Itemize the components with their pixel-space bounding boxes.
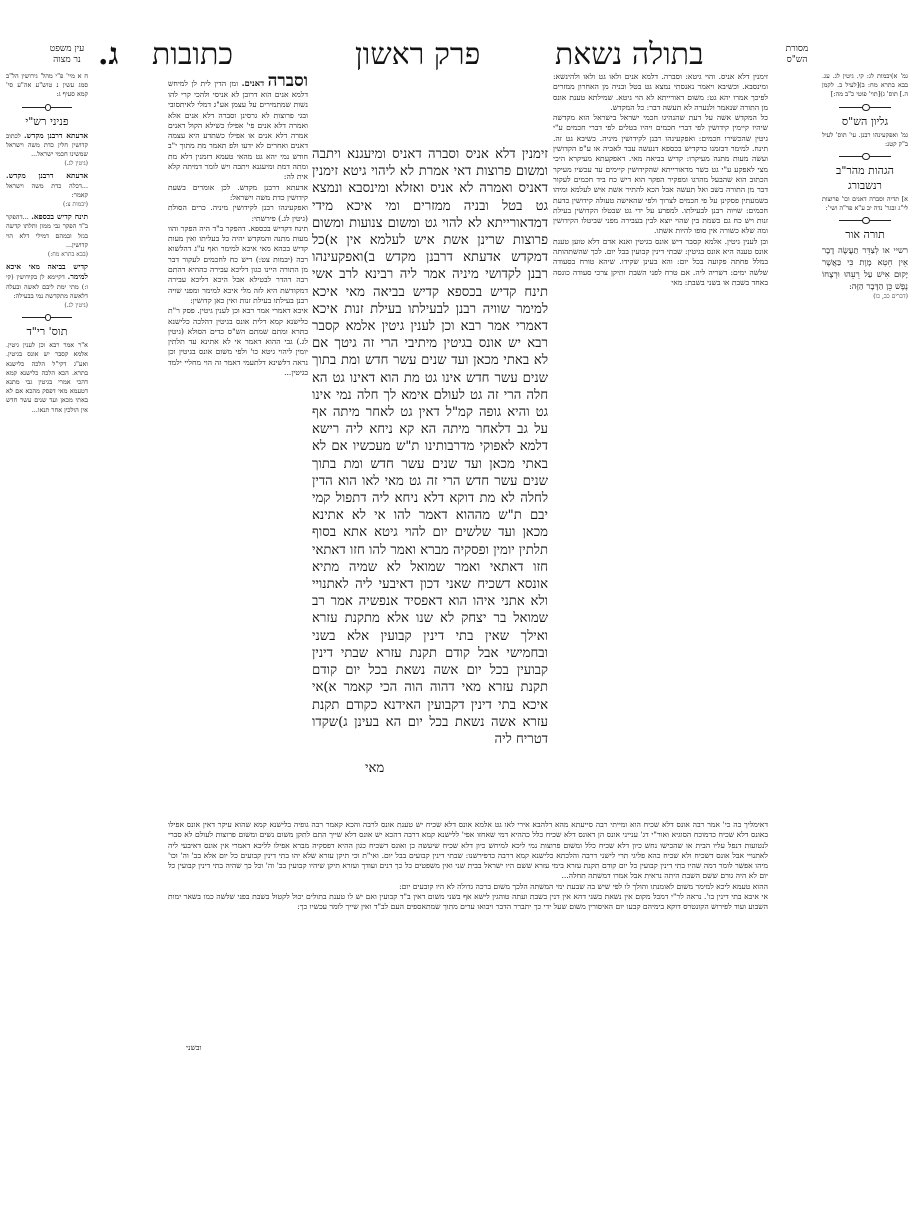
pnei-rashi-entry: אדעתא דרבנן מקדש. לכתוב קדושין חלין כדת … xyxy=(6,131,88,169)
ornament-divider xyxy=(839,103,891,111)
masoret-label-line2: הש"ס xyxy=(772,55,822,66)
pnei-rashi-ref: (גיטין לג.) xyxy=(6,301,88,310)
page-catchword: ובשני xyxy=(186,1043,201,1053)
pnei-rashi-ref: (יבמות צ:) xyxy=(6,200,88,209)
hagahot-text: א] תדיה וסברה דאנים וכו' פרוצות לי"ג ובג… xyxy=(822,195,908,213)
ornament-divider xyxy=(839,152,891,160)
rashi-paragraph: זימנין דלא אניס. והוי גיטא: וסברה. דלמא … xyxy=(553,72,768,113)
torah-or-ref: (דברים כב, כו) xyxy=(822,292,908,301)
tractate-name: כתובות xyxy=(152,38,233,72)
tosafot-paragraph: אדעתא דרבנן מקדש. לכן אומרים בשעת קידושי… xyxy=(168,183,308,204)
pnei-rashi-entry: אדעתא דרבנן מקדש. ...דכלה כדת משה וישראל… xyxy=(6,171,88,209)
bottom-commentary: דאימליך בה כי' אמר רבה אונס דלא שכיח הוא… xyxy=(168,820,768,1035)
pnei-rashi-dh: אדעתא דרבנן מקדש. xyxy=(24,131,88,140)
left-margin: ח א מיי' פ"י מהל' גירושין הל"ב סמג עשין … xyxy=(6,72,88,415)
tosafot-dibbur-hamatchil: דאנים. xyxy=(242,78,264,88)
hagahot-title: הגהות מהר"ב רנשבורג xyxy=(822,163,908,193)
ein-mishpat-line1: עין משפט xyxy=(44,44,90,55)
rashi-paragraph: כל המקדש אשה על דעת שהנהיגו חכמי ישראל ב… xyxy=(553,113,768,237)
masoret-hashas-label: מסורת הש"ס xyxy=(772,44,822,66)
bottom-commentary-paragraph: אי איבא בתי דינין בו'. נראה לר"י דמכל מק… xyxy=(168,892,768,913)
pnei-rashi-dh: אדעתא דרבנן מקדש. xyxy=(6,171,88,180)
masoret-label-line1: מסורת xyxy=(772,44,822,55)
tosafot-opening: וסברה דאנים. ומן הדין לית לן למיחש דלמא … xyxy=(168,72,308,183)
gemara-text: זימנין דלא אניס וסברה דאניס ומיעגנא ויתב… xyxy=(312,146,548,758)
rashi-column: זימנין דלא אניס. והוי גיטא: וסברה. דלמא … xyxy=(553,72,768,762)
torah-or-title: תורה אור xyxy=(822,227,908,242)
pnei-rashi-title: פניני רש"י xyxy=(6,114,88,129)
gilyon-hashas-title: גליון הש"ס xyxy=(822,114,908,129)
gemara-catchword: מאי xyxy=(365,760,384,777)
ornament-divider xyxy=(22,103,71,111)
torah-or-verse: רשיי או לְצַדֵּר תַעֲשֶׂה דָבָר אֵין חֵט… xyxy=(822,244,908,292)
rashi-paragraph: ובן לענין גיטין. אלמא קסבר דיש אונס בגיט… xyxy=(553,237,768,288)
pnei-rashi-entry: קדיש בביאה מאי איכא למימר. דקיימא לן בקי… xyxy=(6,262,88,310)
tosafot-paragraph: תינח דקדיש בכספא. דהפקר ב"ד היה הפקר והו… xyxy=(168,224,308,306)
ein-mishpat-text: ח א מיי' פ"י מהל' גירושין הל"ב סמג עשין … xyxy=(6,72,88,100)
tosfot-rid-text: א"ר אמר רבא וכן לענין גיטין. אלמא קסבר י… xyxy=(6,341,88,415)
tosafot-paragraph: ומן הדין לית לן למיחש דלמא אנים הוא דרוב… xyxy=(168,79,308,181)
chapter-title: בתולה נשאת xyxy=(555,38,704,72)
ein-mishpat-line2: נר מצוה xyxy=(44,55,90,66)
gilyon-hashas-text: גמ' ואפקעינהו רבנן. עי' תוס' לעיל ב"ק קט… xyxy=(822,131,908,149)
perek-label: פרק ראשון xyxy=(355,38,480,72)
ornament-divider xyxy=(839,216,891,224)
tosafot-paragraph: ואפקעינהו רבנן לקידושין מיניה. כרים הסול… xyxy=(168,203,308,224)
pnei-rashi-entry: תינח קדיש בכספא. ...דהפקר ב"ד הפקר גבי מ… xyxy=(6,212,88,259)
right-margin: גמ' א)יבמות לג: קי. גיטין לג. עג. בבא בת… xyxy=(822,72,908,302)
bottom-commentary-paragraph: דאימליך בה כי' אמר רבה אונס דלא שכיח הוא… xyxy=(168,820,768,882)
pnei-rashi-text: ...דכלה כדת משה וישראל קאמר: xyxy=(6,182,88,199)
ornament-divider xyxy=(22,313,71,321)
masoret-hashas-text: גמ' א)יבמות לג: קי. גיטין לג. עג. בבא בת… xyxy=(822,72,908,100)
tosfot-rid-title: תוס' רי"ד xyxy=(6,324,88,339)
pnei-rashi-ref: (בבא בתרא מח:) xyxy=(6,250,88,259)
ein-mishpat-label: עין משפט נר מצוה xyxy=(44,44,90,66)
tosafot-column: וסברה דאנים. ומן הדין לית לן למיחש דלמא … xyxy=(168,72,308,762)
pnei-rashi-dh: תינח קדיש בכספא. xyxy=(31,212,88,221)
page-number: ג. xyxy=(98,38,118,72)
bottom-commentary-paragraph: ההוא טעמא ליכא למימר משום לאומנתו והולך … xyxy=(168,882,768,892)
tosafot-paragraph: איכא דאמרי אמר רבא וכן לענין גיטין. פסק … xyxy=(168,306,308,378)
gemara-body: זימנין דלא אניס וסברה דאניס ומיעגנא ויתב… xyxy=(312,146,548,748)
tosafot-opening-word: וסברה xyxy=(268,72,308,91)
pnei-rashi-ref: (גיטין לג.) xyxy=(6,159,88,168)
